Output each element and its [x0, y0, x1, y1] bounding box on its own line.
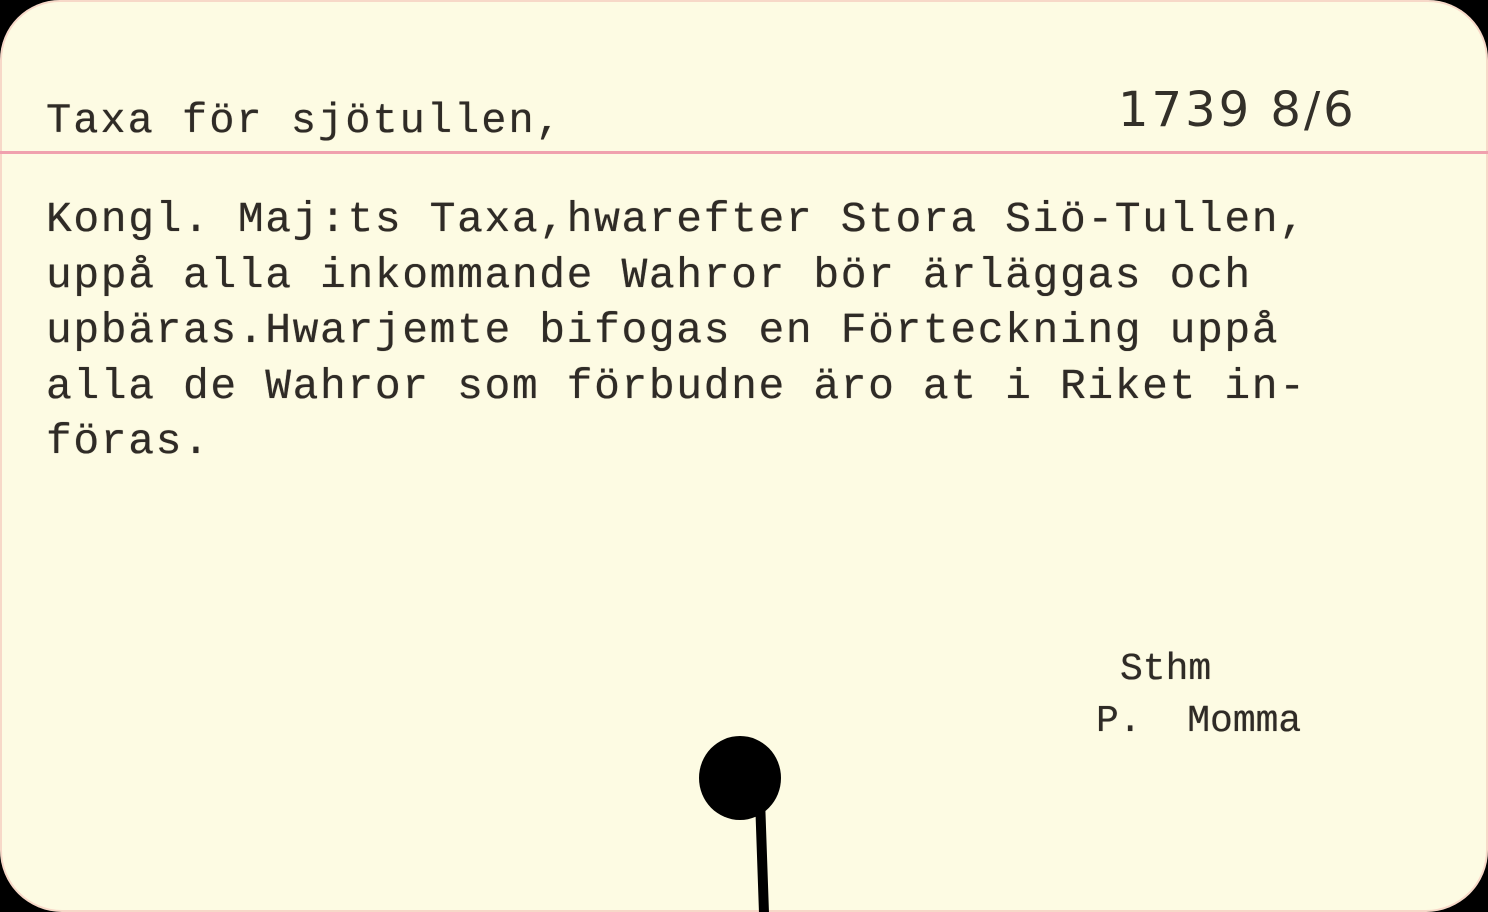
punch-hole — [699, 736, 781, 820]
body-line: föras. — [46, 414, 1307, 470]
body-line: Kongl. Maj:ts Taxa,hwarefter Stora Siö-T… — [46, 192, 1307, 248]
card-date: 1739 8/6 — [1118, 82, 1357, 138]
imprint-place: Sthm — [1096, 644, 1301, 696]
body-line: alla de Wahror som förbudne äro at i Rik… — [46, 359, 1307, 415]
body-line: uppå alla inkommande Wahror bör ärläggas… — [46, 248, 1307, 304]
index-card: Taxa för sjötullen, 1739 8/6 Kongl. Maj:… — [0, 0, 1488, 912]
card-body: Kongl. Maj:ts Taxa,hwarefter Stora Siö-T… — [46, 192, 1307, 470]
imprint: Sthm P. Momma — [1096, 644, 1301, 748]
body-line: upbäras.Hwarjemte bifogas en Förteckning… — [46, 303, 1307, 359]
imprint-printer: P. Momma — [1096, 696, 1301, 748]
binding-string — [755, 800, 769, 912]
card-title: Taxa för sjötullen, — [46, 96, 563, 146]
header-rule — [0, 151, 1488, 154]
